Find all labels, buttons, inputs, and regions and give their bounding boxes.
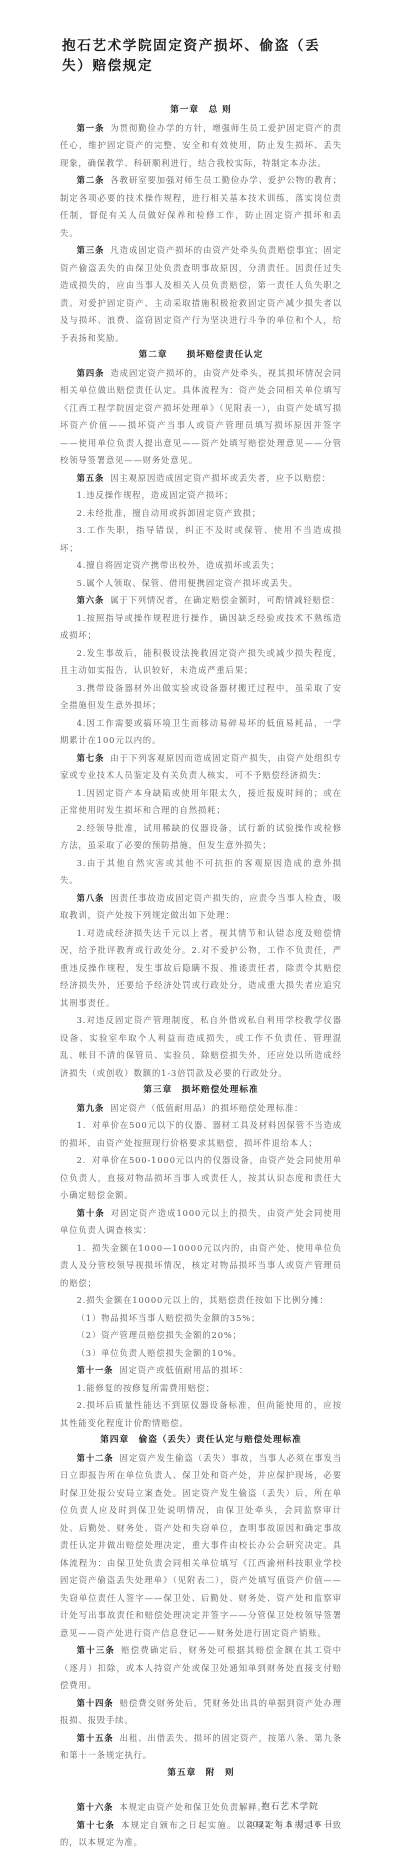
article-number: 第十五条 — [77, 1733, 114, 1743]
list-item: 1．损失金额在1000—10000元以内的，由资产处、使用单位负责人及分管校领导… — [60, 1240, 342, 1293]
signature-organization: 抱石艺术学院 — [240, 1799, 340, 1816]
article-paragraph: 第九条固定资产（低值耐用品）的损坏赔偿处理标准： — [60, 1100, 342, 1118]
article-paragraph: 第一条为贯彻勤俭办学的方针，增强师生员工爱护固定资产的责任心，维护固定资产的完整… — [60, 120, 342, 173]
list-item: 2.未经批准，擅自动用或拆卸固定资产致损； — [60, 505, 342, 523]
article-number: 第十四条 — [77, 1698, 114, 1708]
list-item: 2．对单价在500-1000元以内的仪器设备，由资产处会同使用单位负责人，直接对… — [60, 1152, 342, 1205]
article-number: 第十一条 — [77, 1365, 114, 1375]
article-text: 固定资产或低值耐用品的损坏： — [119, 1365, 248, 1375]
article-text: 固定资产发生偷盗（丢失）事故，当事人必须在事发当日立即报告所在单位负责人、保卫处… — [60, 1453, 342, 1638]
article-number: 第八条 — [77, 893, 105, 903]
list-item: 3.对违反固定资产管理制度，私自外借或私自利用学校教学仪器设备、实验室牟取个人利… — [60, 1012, 342, 1082]
list-item: 2.损坏后质量性能达不到原仪器设备标准，但尚能使用的，应按其性能变化程度计价酌情… — [60, 1397, 342, 1432]
article-text: 因主观原因造成固定资产损坏或丢失者，应予以赔偿： — [110, 473, 331, 483]
article-number: 第一条 — [77, 123, 105, 133]
article-text: 凡造成固定资产损坏的由资产处牵头负责赔偿事宜；固定资产偷盗丢失的由保卫处负责查明… — [60, 245, 342, 343]
article-paragraph: 第七条由于下列客观原因而造成固定资产损失，由资产处组织专家或专业技术人员鉴定及有… — [60, 750, 342, 785]
article-number: 第十三条 — [77, 1645, 116, 1655]
article-paragraph: 第五条因主观原因造成固定资产损坏或丢失者，应予以赔偿： — [60, 470, 342, 488]
list-item: （1）物品损坏当事人赔偿损失金额的35%； — [60, 1310, 342, 1328]
article-paragraph: 第四条造成固定资产损坏的，由资产处牵头，视其损坏情况会同相关单位做出赔偿责任认定… — [60, 365, 342, 470]
article-paragraph: 第八条因责任事故造成固定资产损失的，应责令当事人检查，吸取教训，资产处按下列规定… — [60, 890, 342, 925]
list-item: 4.因工作需要或搞环境卫生而移动易碎易坏的低值易耗品，一学期累计在100元以内的… — [60, 715, 342, 750]
article-paragraph: 第三条凡造成固定资产损坏的由资产处牵头负责赔偿事宜；固定资产偷盗丢失的由保卫处负… — [60, 242, 342, 347]
article-number: 第三条 — [77, 245, 105, 255]
list-item: 3.由于其他自然灾害或其他不可抗拒的客观原因造成的意外损失。 — [60, 855, 342, 890]
document-page: 抱石艺术学院固定资产损坏、偷盗（丢失）赔偿规定 第一章 总 则第一条为贯彻勤俭办… — [60, 36, 342, 1852]
article-paragraph: 第十二条固定资产发生偷盗（丢失）事故，当事人必须在事发当日立即报告所在单位负责人… — [60, 1450, 342, 1643]
article-number: 第九条 — [77, 1103, 105, 1113]
chapter-heading: 第三章 损坏赔偿处理标准 — [60, 1082, 342, 1100]
chapter-heading: 第四章 偷盗（丢失）责任认定与赔偿处理标准 — [60, 1432, 342, 1450]
article-paragraph: 第十条对固定资产造成1000元以上的损失，由资产处会同使用单位负责人调查核实： — [60, 1205, 342, 1240]
article-paragraph: 第二条各教研室要加强对师生员工勤俭办学、爱护公物的教育；制定各项必要的技术操作规… — [60, 172, 342, 242]
article-number: 第五条 — [77, 473, 105, 483]
article-paragraph: 第十一条固定资产或低值耐用品的损坏： — [60, 1362, 342, 1380]
article-number: 第六条 — [77, 595, 105, 605]
article-number: 第二条 — [77, 175, 105, 185]
article-paragraph: 第十三条赔偿费确定后，财务处可根据其赔偿金额在其工资中（逐月）扣除，或本人持资产… — [60, 1642, 342, 1695]
article-paragraph: 第十四条赔偿费交财务处后，凭财务处出具的单据到资产处办理报损、报毁手续。 — [60, 1695, 342, 1730]
document-title: 抱石艺术学院固定资产损坏、偷盗（丢失）赔偿规定 — [62, 36, 342, 76]
article-text: 属于下列情况者，在确定赔偿金额时，可酌情减轻赔偿： — [110, 595, 340, 605]
chapter-heading: 第二章 损坏赔偿责任认定 — [60, 347, 342, 365]
article-text: 造成固定资产损坏的，由资产处牵头，视其损坏情况会同相关单位做出赔偿责任认定。具体… — [60, 368, 342, 466]
article-number: 第七条 — [77, 753, 105, 763]
article-paragraph: 第六条属于下列情况者，在确定赔偿金额时，可酌情减轻赔偿： — [60, 592, 342, 610]
list-item: （3）单位负责人赔偿损失金额的10%。 — [60, 1345, 342, 1363]
list-item: 4.擅自将固定资产携带出校外，造成损坏或丢失； — [60, 557, 342, 575]
spacer — [60, 1782, 342, 1799]
list-item: （2）资产管理员赔偿损失金额的20%； — [60, 1327, 342, 1345]
article-paragraph: 第十五条出租、出借丢失、损坏的固定资产，按第八条、第九条和第十一条规定执行。 — [60, 1730, 342, 1765]
document-body: 第一章 总 则第一条为贯彻勤俭办学的方针，增强师生员工爱护固定资产的责任心，维护… — [60, 102, 342, 1852]
article-text: 固定资产（低值耐用品）的损坏赔偿处理标准： — [110, 1103, 303, 1113]
article-number: 第十七条 — [77, 1820, 116, 1830]
article-number: 第十二条 — [77, 1453, 114, 1463]
chapter-heading: 第五章 附 则 — [60, 1765, 342, 1783]
list-item: 3.工作失职，指导错误，纠正不及时或保管、使用不当造成损坏； — [60, 522, 342, 557]
list-item: 1.按照指导或操作规程进行操作，确因缺乏经验或技术不熟练造成损坏； — [60, 610, 342, 645]
article-number: 第十六条 — [77, 1802, 114, 1812]
article-number: 第十条 — [77, 1208, 105, 1218]
list-item: 2.发生事故后，能积极设法挽救固定资产损失或减少损失程度，且主动如实报告，认识较… — [60, 645, 342, 680]
list-item: 1.能修复的按修复所需费用赔偿； — [60, 1380, 342, 1398]
chapter-heading: 第一章 总 则 — [60, 102, 342, 120]
signature-block: 抱石艺术学院 2022 年 5 月 10 日 — [240, 1799, 340, 1833]
list-item: 5.属个人领取、保管、借用便携固定资产损坏或丢失。 — [60, 575, 342, 593]
list-item: 1.因固定资产本身缺陷或使用年限太久，接近报废时间的；或在正常使用时发生损坏和合… — [60, 785, 342, 820]
list-item: 3.携带设备器材外出做实验或设备器材搬迁过程中，虽采取了安全措施但发生意外损坏； — [60, 680, 342, 715]
signature-date: 2022 年 5 月 10 日 — [240, 1816, 340, 1833]
list-item: 1.对造成经济损失达千元以上者，视其情节和认错态度及赔偿情况，给予批评教育或行政… — [60, 925, 342, 1013]
list-item: 2.损失金额在10000元以上的，其赔偿责任按如下比例分摊： — [60, 1292, 342, 1310]
list-item: 1.违反操作规程，造成固定资产损坏； — [60, 487, 342, 505]
list-item: 2.经领导批准，试用稀缺的仪器设备，试行新的试验操作或检修方法，虽采取了必要的预… — [60, 820, 342, 855]
article-number: 第四条 — [77, 368, 105, 378]
list-item: 1．对单价在500元以下的仪器、器材工具及材料因保管不当造成的损坏，由资产处按照… — [60, 1117, 342, 1152]
